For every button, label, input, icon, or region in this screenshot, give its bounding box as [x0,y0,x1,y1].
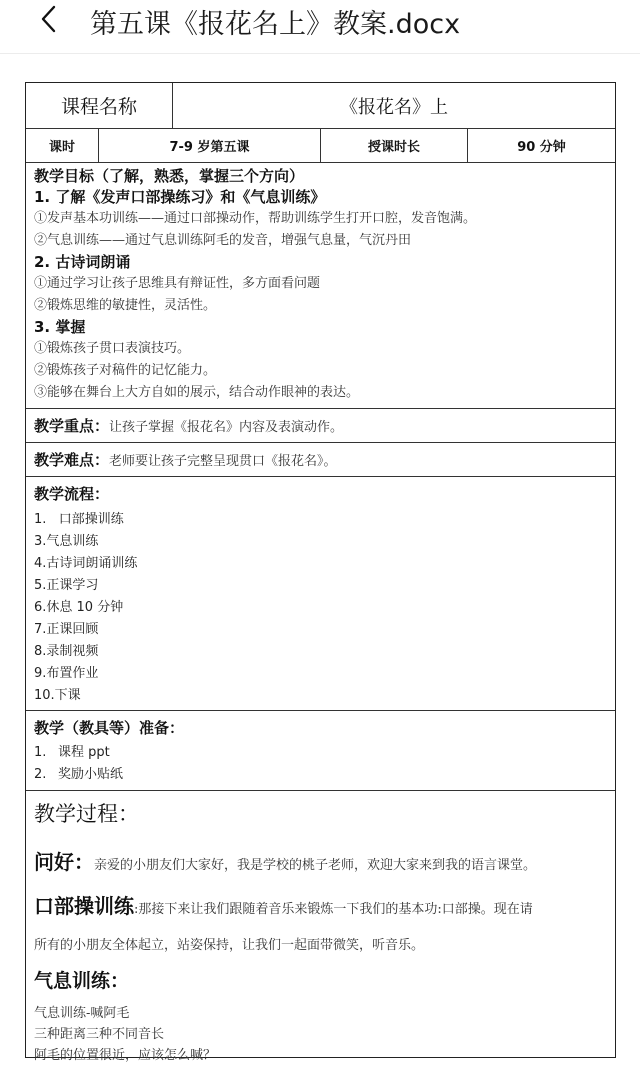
mouth-exercise-label: 口部操训练 [34,894,134,918]
goal-2-item: ②锻炼思维的敏捷性，灵活性。 [34,295,476,317]
goal-3-item: ③能够在舞台上大方自如的展示，结合动作眼神的表达。 [34,382,476,404]
prep-item-number: 1. [34,742,58,764]
flow-item: 8.录制视频 [34,641,137,663]
lesson-value: 7-9 岁第五课 [99,129,321,162]
flow-block: 教学流程： 1. 口部操训练 3.气息训练 4.古诗词朗诵训练 5.正课学习 6… [26,477,145,710]
lesson-info-row: 课时 7-9 岁第五课 授课时长 90 分钟 [26,129,615,163]
goal-2-item: ①通过学习让孩子思维具有辩证性，多方面看问题 [34,273,476,295]
goal-1-item: ②气息训练——通过气息训练阿毛的发音，增强气息量，气沉丹田 [34,230,476,252]
mouth-exercise-section: 口部操训练:那接下来让我们跟随着音乐来锻炼一下我们的基本功:口部操。现在请 所有… [34,889,536,963]
flow-item: 9.布置作业 [34,663,137,685]
focus-text: 让孩子掌握《报花名》内容及表演动作。 [109,420,343,435]
goal-1-item: ①发声基本功训练——通过口部操动作，帮助训练学生打开口腔，发音饱满。 [34,208,476,230]
flow-item: 10.下课 [34,685,137,707]
goals-row: 教学目标（了解，熟悉，掌握三个方向） 1. 了解《发声口部操练习》和《气息训练》… [26,163,615,409]
goal-3-item: ②锻炼孩子对稿件的记忆能力。 [34,360,476,382]
flow-item: 3.气息训练 [34,531,137,553]
flow-item: 1. 口部操训练 [34,509,137,531]
duration-value: 90 分钟 [468,129,615,162]
document-title: 第五课《报花名上》教案.docx [90,2,460,41]
goal-2-title: 2. 古诗词朗诵 [34,252,476,273]
back-button[interactable] [34,4,64,34]
lesson-label: 课时 [26,129,99,162]
duration-label: 授课时长 [321,129,468,162]
goal-3-title: 3. 掌握 [34,317,476,338]
difficulty-label: 教学难点： [34,451,109,469]
course-name-row: 课程名称 《报花名》上 [26,83,615,129]
breath-training-list: 气息训练-喊阿毛 三种距离三种不同音长 阿毛的位置很近，应该怎么喊？ [34,1003,536,1066]
prep-block: 教学（教具等）准备： 1.课程 ppt 2.奖励小贴纸 [26,711,192,790]
goal-1-title: 1. 了解《发声口部操练习》和《气息训练》 [34,187,476,208]
flow-row: 教学流程： 1. 口部操训练 3.气息训练 4.古诗词朗诵训练 5.正课学习 6… [26,477,615,711]
prep-item: 1.课程 ppt [34,742,184,764]
course-name-label: 课程名称 [26,83,173,128]
process-block: 教学过程： 问好：亲爱的小朋友们大家好，我是学校的桃子老师，欢迎大家来到我的语言… [26,791,544,1057]
top-bar: 第五课《报花名上》教案.docx [0,0,640,54]
focus-label: 教学重点： [34,417,109,435]
flow-item: 7.正课回顾 [34,619,137,641]
greeting-label: 问好： [34,850,94,874]
greeting-text: 亲爱的小朋友们大家好，我是学校的桃子老师，欢迎大家来到我的语言课堂。 [94,858,536,873]
breath-item: 气息训练-喊阿毛 [34,1003,536,1024]
prep-item-text: 奖励小贴纸 [58,767,123,782]
prep-row: 教学（教具等）准备： 1.课程 ppt 2.奖励小贴纸 [26,711,615,791]
breath-training-title: 气息训练： [34,967,536,995]
focus-row: 教学重点：让孩子掌握《报花名》内容及表演动作。 [26,409,615,443]
flow-item: 6.休息 10 分钟 [34,597,137,619]
flow-item: 4.古诗词朗诵训练 [34,553,137,575]
breath-item: 三种距离三种不同音长 [34,1024,536,1045]
greeting-section: 问好：亲爱的小朋友们大家好，我是学校的桃子老师，欢迎大家来到我的语言课堂。 [34,846,536,875]
goal-3-item: ①锻炼孩子贯口表演技巧。 [34,338,476,360]
focus-block: 教学重点：让孩子掌握《报花名》内容及表演动作。 [26,415,351,436]
prep-item-text: 课程 ppt [58,745,110,760]
process-title: 教学过程： [34,800,536,828]
mouth-exercise-text: 那接下来让我们跟随着音乐来锻炼一下我们的基本功:口部操。现在请 [138,902,532,917]
prep-item-number: 2. [34,764,58,786]
prep-title: 教学（教具等）准备： [34,718,184,739]
flow-title: 教学流程： [34,484,137,505]
goals-title: 教学目标（了解，熟悉，掌握三个方向） [34,166,476,187]
chevron-left-icon [34,4,64,34]
difficulty-row: 教学难点：老师要让孩子完整呈现贯口《报花名》。 [26,443,615,477]
lesson-plan-table: 课程名称 《报花名》上 课时 7-9 岁第五课 授课时长 90 分钟 教学目标（… [25,82,616,1058]
breath-item: 阿毛的位置很近，应该怎么喊？ [34,1045,536,1066]
goals-block: 教学目标（了解，熟悉，掌握三个方向） 1. 了解《发声口部操练习》和《气息训练》… [26,163,484,408]
course-name-value: 《报花名》上 [173,83,615,128]
mouth-exercise-text-cont: 所有的小朋友全体起立，站姿保持，让我们一起面带微笑，听音乐。 [34,938,424,953]
flow-item: 5.正课学习 [34,575,137,597]
prep-item: 2.奖励小贴纸 [34,764,184,786]
difficulty-text: 老师要让孩子完整呈现贯口《报花名》。 [109,454,337,469]
process-row: 教学过程： 问好：亲爱的小朋友们大家好，我是学校的桃子老师，欢迎大家来到我的语言… [26,791,615,1057]
difficulty-block: 教学难点：老师要让孩子完整呈现贯口《报花名》。 [26,449,345,470]
